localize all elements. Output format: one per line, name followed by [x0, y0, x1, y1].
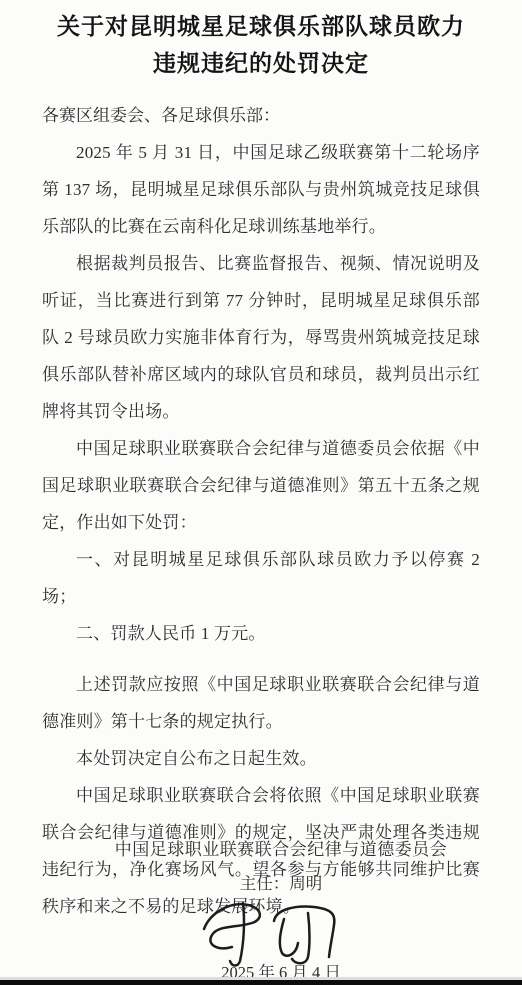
- penalty-item-1: 一、对昆明城星足球俱乐部队球员欧力予以停赛 2 场；: [42, 541, 480, 615]
- penalty-item-2: 二、罚款人民币 1 万元。: [42, 615, 480, 652]
- bottom-bar: [0, 980, 522, 985]
- organization-name: 中国足球职业联赛联合会纪律与道德委员会: [62, 838, 500, 862]
- paragraph: 根据裁判员报告、比赛监督报告、视频、情况说明及听证，当比赛进行到第 77 分钟时…: [42, 245, 480, 430]
- salutation: 各赛区组委会、各足球俱乐部：: [42, 97, 480, 134]
- document-title: 关于对昆明城星足球俱乐部队球员欧力 违规违纪的处罚决定: [42, 8, 480, 82]
- paragraph: 上述罚款应按照《中国足球职业联赛联合会纪律与道德准则》第十七条的规定执行。: [42, 666, 480, 740]
- document-content: 关于对昆明城星足球俱乐部队球员欧力 违规违纪的处罚决定 各赛区组委会、各足球俱乐…: [0, 0, 522, 925]
- title-line-1: 关于对昆明城星足球俱乐部队球员欧力: [42, 8, 480, 45]
- paragraph: 中国足球职业联赛联合会纪律与道德委员会依据《中国足球职业联赛联合会纪律与道德准则…: [42, 430, 480, 541]
- title-line-2: 违规违纪的处罚决定: [42, 45, 480, 82]
- signer-title-name: 主任：周明: [62, 873, 500, 895]
- signature-block: 中国足球职业联赛联合会纪律与道德委员会 主任：周明 2025 年 6 月 4 日: [62, 838, 500, 983]
- paragraph: 2025 年 5 月 31 日，中国足球乙级联赛第十二轮场序第 137 场，昆明…: [42, 134, 480, 245]
- handwritten-signature: [62, 895, 500, 967]
- paragraph: 本处罚决定自公布之日起生效。: [42, 740, 480, 777]
- document-page: 关于对昆明城星足球俱乐部队球员欧力 违规违纪的处罚决定 各赛区组委会、各足球俱乐…: [0, 0, 522, 985]
